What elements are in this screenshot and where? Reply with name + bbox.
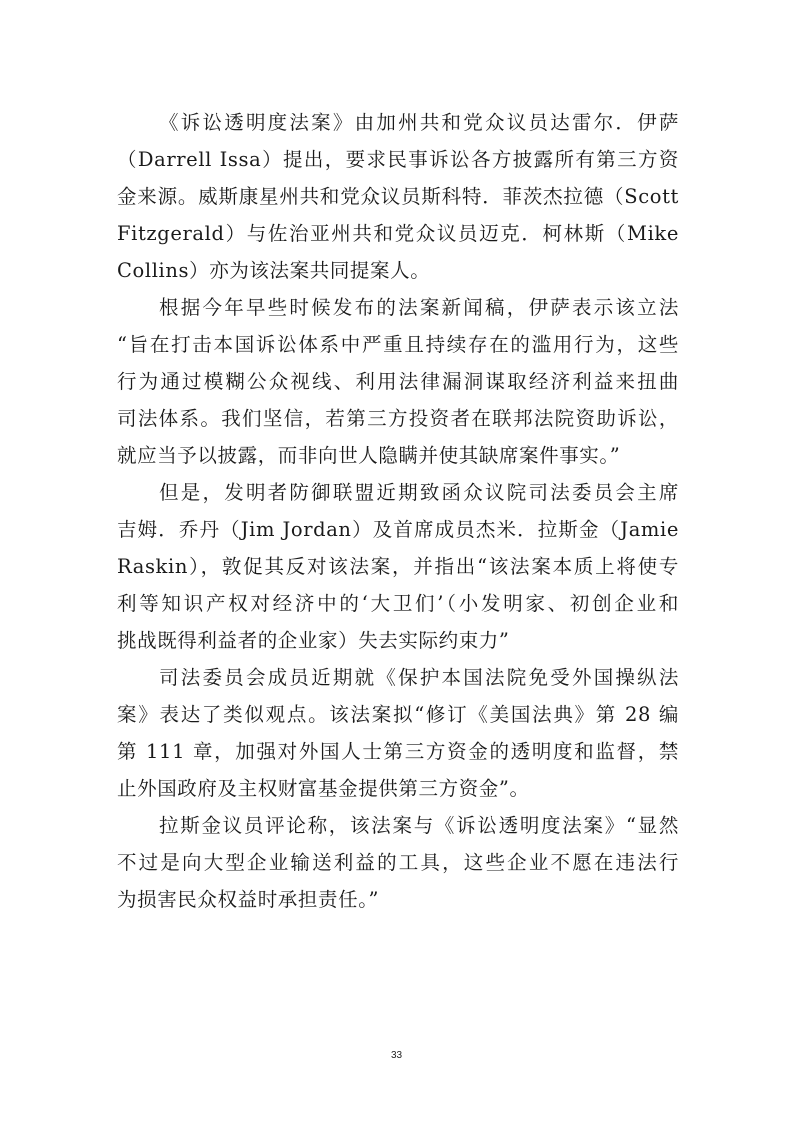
text-line: 吉姆．乔丹（Jim Jordan）及首席成员杰米．拉斯金（Jamie [117,511,679,548]
text-line: 止外国政府及主权财富基金提供第三方资金”。 [117,770,679,807]
text-line: 司法体系。我们坚信，若第三方投资者在联邦法院资助诉讼， [117,400,679,437]
text-line: Raskin），敦促其反对该法案，并指出“该法案本质上将使专 [117,548,679,585]
page-number: 33 [0,1050,793,1061]
text-line: 挑战既得利益者的企业家）失去实际约束力” [117,622,679,659]
paragraph-foreign-manipulation-bill: 司法委员会成员近期就《保护本国法院免受外国操纵法 案》表达了类似观点。该法案拟“… [117,659,679,807]
text-line: 司法委员会成员近期就《保护本国法院免受外国操纵法 [117,659,679,696]
text-line: 利等知识产权对经济中的‘大卫们’（小发明家、初创企业和 [117,585,679,622]
text-line: 拉斯金议员评论称，该法案与《诉讼透明度法案》“显然 [117,807,679,844]
text-line: Fitzgerald）与佐治亚州共和党众议员迈克．柯林斯（Mike [117,215,679,252]
text-line: 为损害民众权益时承担责任。” [117,881,679,918]
text-line: 第 111 章，加强对外国人士第三方资金的透明度和监督，禁 [117,733,679,770]
paragraph-press-release-quote: 根据今年早些时候发布的法案新闻稿，伊萨表示该立法 “旨在打击本国诉讼体系中严重且… [117,289,679,474]
text-line: 金来源。威斯康星州共和党众议员斯科特．菲茨杰拉德（Scott [117,178,679,215]
text-line: 但是，发明者防御联盟近期致函众议院司法委员会主席 [117,474,679,511]
text-line: Collins）亦为该法案共同提案人。 [117,252,679,289]
text-line: 就应当予以披露，而非向世人隐瞒并使其缺席案件事实。” [117,437,679,474]
text-line: 案》表达了类似观点。该法案拟“修订《美国法典》第 28 编 [117,696,679,733]
document-body: 《诉讼透明度法案》由加州共和党众议员达雷尔．伊萨 （Darrell Issa）提… [117,104,679,918]
text-line: 不过是向大型企业输送利益的工具，这些企业不愿在违法行 [117,844,679,881]
paragraph-raskin-comment: 拉斯金议员评论称，该法案与《诉讼透明度法案》“显然 不过是向大型企业输送利益的工… [117,807,679,918]
paragraph-issa-bill: 《诉讼透明度法案》由加州共和党众议员达雷尔．伊萨 （Darrell Issa）提… [117,104,679,289]
paragraph-inventors-alliance-letter: 但是，发明者防御联盟近期致函众议院司法委员会主席 吉姆．乔丹（Jim Jorda… [117,474,679,659]
text-line: （Darrell Issa）提出，要求民事诉讼各方披露所有第三方资 [117,141,679,178]
text-line: “旨在打击本国诉讼体系中严重且持续存在的滥用行为，这些 [117,326,679,363]
text-line: 根据今年早些时候发布的法案新闻稿，伊萨表示该立法 [117,289,679,326]
text-line: 行为通过模糊公众视线、利用法律漏洞谋取经济利益来扭曲 [117,363,679,400]
document-page: 《诉讼透明度法案》由加州共和党众议员达雷尔．伊萨 （Darrell Issa）提… [0,0,793,1122]
text-line: 《诉讼透明度法案》由加州共和党众议员达雷尔．伊萨 [117,104,679,141]
